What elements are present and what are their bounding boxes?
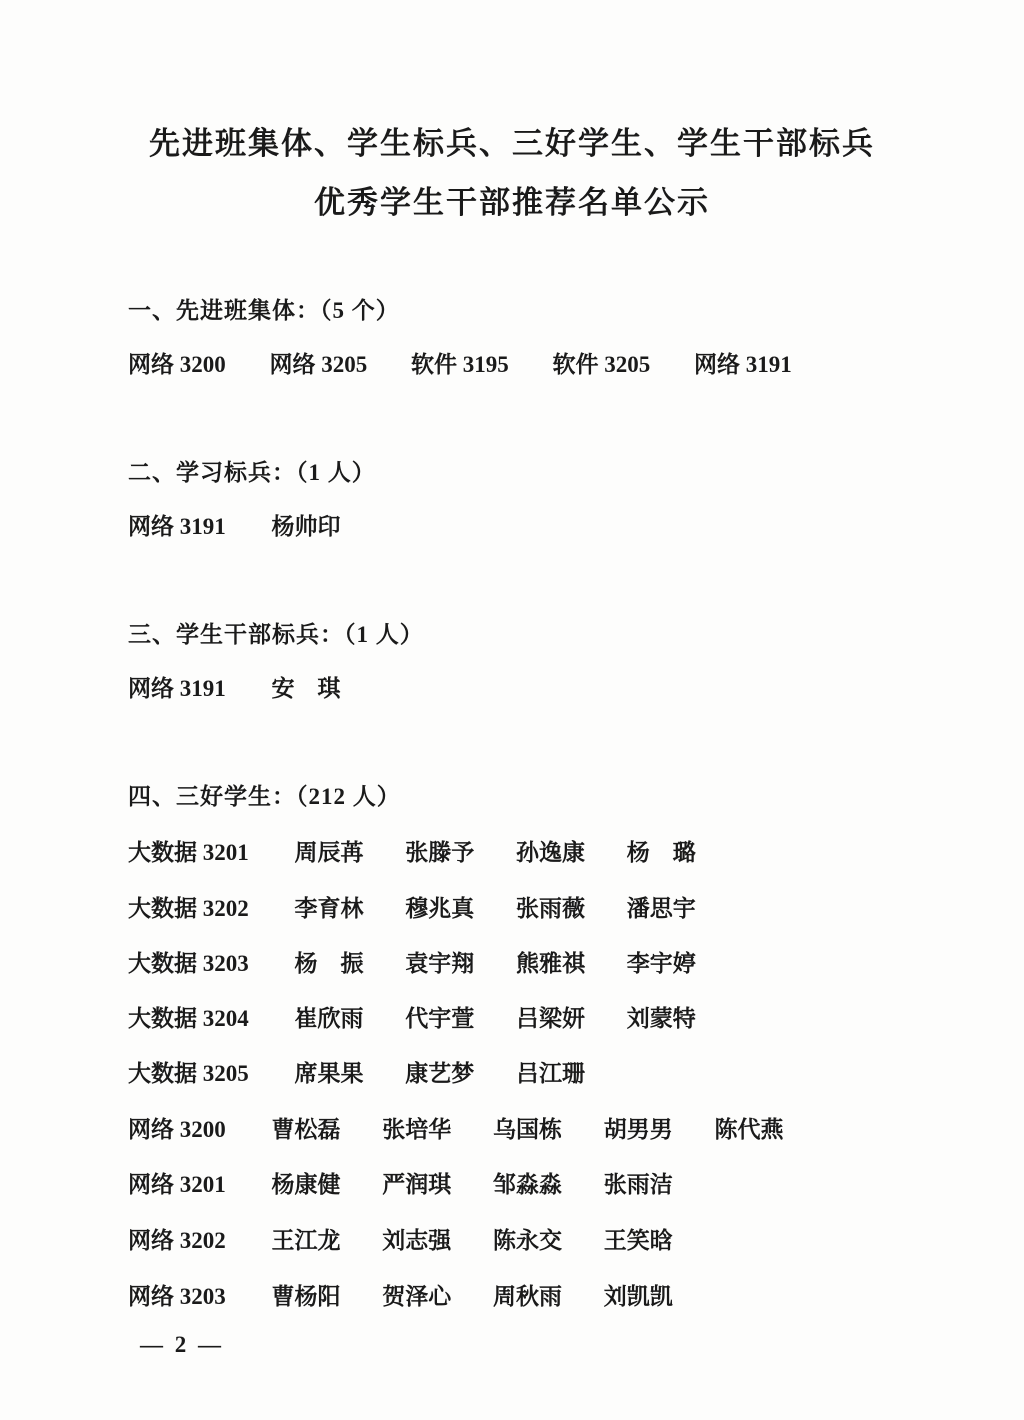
student-name: 穆兆真 — [405, 894, 474, 924]
class-label: 网络 3191 — [128, 512, 226, 542]
class-label: 网络 3201 — [128, 1170, 226, 1200]
class-code: 网络 3200 — [128, 350, 226, 380]
student-name: 熊雅祺 — [516, 949, 585, 979]
section4-row-9: 网络 3203 曹杨阳 贺泽心 周秋雨 刘凯凯 — [128, 1282, 673, 1312]
student-name: 吕梁妍 — [516, 1004, 585, 1034]
class-label: 大数据 3205 — [128, 1059, 249, 1089]
class-label: 网络 3202 — [128, 1226, 226, 1256]
student-name: 杨 振 — [295, 949, 364, 979]
student-name: 周辰苒 — [295, 838, 364, 868]
class-code: 软件 3195 — [411, 350, 509, 380]
class-label: 大数据 3202 — [128, 894, 249, 924]
section4-row-3: 大数据 3203 杨 振 袁宇翔 熊雅祺 李宇婷 — [128, 949, 696, 979]
student-name: 代宇萱 — [405, 1004, 474, 1034]
class-label: 大数据 3203 — [128, 949, 249, 979]
student-name: 张滕予 — [405, 838, 474, 868]
student-name: 杨 璐 — [627, 838, 696, 868]
student-name: 陈永交 — [493, 1226, 562, 1256]
student-name: 陈代燕 — [715, 1115, 784, 1145]
class-label: 网络 3203 — [128, 1282, 226, 1312]
class-code: 软件 3205 — [553, 350, 651, 380]
class-label: 网络 3191 — [128, 674, 226, 704]
class-code: 网络 3191 — [694, 350, 792, 380]
student-name: 杨康健 — [272, 1170, 341, 1200]
section2-heading: 二、学习标兵：（1 人） — [128, 458, 376, 488]
student-name: 刘蒙特 — [627, 1004, 696, 1034]
page-number: — 2 — — [140, 1330, 224, 1360]
section4-row-8: 网络 3202 王江龙 刘志强 陈永交 王笑晗 — [128, 1226, 673, 1256]
student-name: 李宇婷 — [627, 949, 696, 979]
student-name: 胡男男 — [604, 1115, 673, 1145]
document-title-line2: 优秀学生干部推荐名单公示 — [0, 183, 1024, 223]
student-name: 刘凯凯 — [604, 1282, 673, 1312]
section4-row-4: 大数据 3204 崔欣雨 代宇萱 吕梁妍 刘蒙特 — [128, 1004, 696, 1034]
student-name: 曹杨阳 — [272, 1282, 341, 1312]
class-code: 网络 3205 — [270, 350, 368, 380]
student-name: 李育林 — [295, 894, 364, 924]
document-page: 先进班集体、学生标兵、三好学生、学生干部标兵 优秀学生干部推荐名单公示 一、先进… — [0, 0, 1024, 1420]
section4-row-6: 网络 3200 曹松磊 张培华 乌国栋 胡男男 陈代燕 — [128, 1115, 784, 1145]
student-name: 杨帅印 — [272, 512, 341, 542]
student-name: 刘志强 — [382, 1226, 451, 1256]
student-name: 严润琪 — [382, 1170, 451, 1200]
section4-heading: 四、三好学生：（212 人） — [128, 782, 401, 812]
section1-heading: 一、先进班集体：（5 个） — [128, 296, 400, 326]
class-label: 大数据 3201 — [128, 838, 249, 868]
class-label: 大数据 3204 — [128, 1004, 249, 1034]
student-name: 张雨薇 — [516, 894, 585, 924]
student-name: 张雨洁 — [604, 1170, 673, 1200]
section4-row-5: 大数据 3205 席果果 康艺梦 吕江珊 — [128, 1059, 585, 1089]
student-name: 崔欣雨 — [295, 1004, 364, 1034]
section3-heading: 三、学生干部标兵：（1 人） — [128, 620, 424, 650]
student-name: 王笑晗 — [604, 1226, 673, 1256]
class-label: 网络 3200 — [128, 1115, 226, 1145]
student-name: 张培华 — [382, 1115, 451, 1145]
student-name: 邹淼淼 — [493, 1170, 562, 1200]
section4-row-2: 大数据 3202 李育林 穆兆真 张雨薇 潘思宇 — [128, 894, 696, 924]
section4-row-1: 大数据 3201 周辰苒 张滕予 孙逸康 杨 璐 — [128, 838, 696, 868]
student-name: 康艺梦 — [405, 1059, 474, 1089]
student-name: 乌国栋 — [493, 1115, 562, 1145]
student-name: 安 琪 — [272, 674, 341, 704]
student-name: 王江龙 — [272, 1226, 341, 1256]
section4-row-7: 网络 3201 杨康健 严润琪 邹淼淼 张雨洁 — [128, 1170, 673, 1200]
student-name: 潘思宇 — [627, 894, 696, 924]
section1-class-list: 网络 3200 网络 3205 软件 3195 软件 3205 网络 3191 — [128, 350, 792, 380]
section3-row: 网络 3191 安 琪 — [128, 674, 341, 704]
student-name: 曹松磊 — [272, 1115, 341, 1145]
section2-row: 网络 3191 杨帅印 — [128, 512, 341, 542]
document-title-line1: 先进班集体、学生标兵、三好学生、学生干部标兵 — [0, 124, 1024, 164]
student-name: 吕江珊 — [516, 1059, 585, 1089]
student-name: 贺泽心 — [382, 1282, 451, 1312]
student-name: 周秋雨 — [493, 1282, 562, 1312]
student-name: 孙逸康 — [516, 838, 585, 868]
student-name: 袁宇翔 — [405, 949, 474, 979]
student-name: 席果果 — [295, 1059, 364, 1089]
